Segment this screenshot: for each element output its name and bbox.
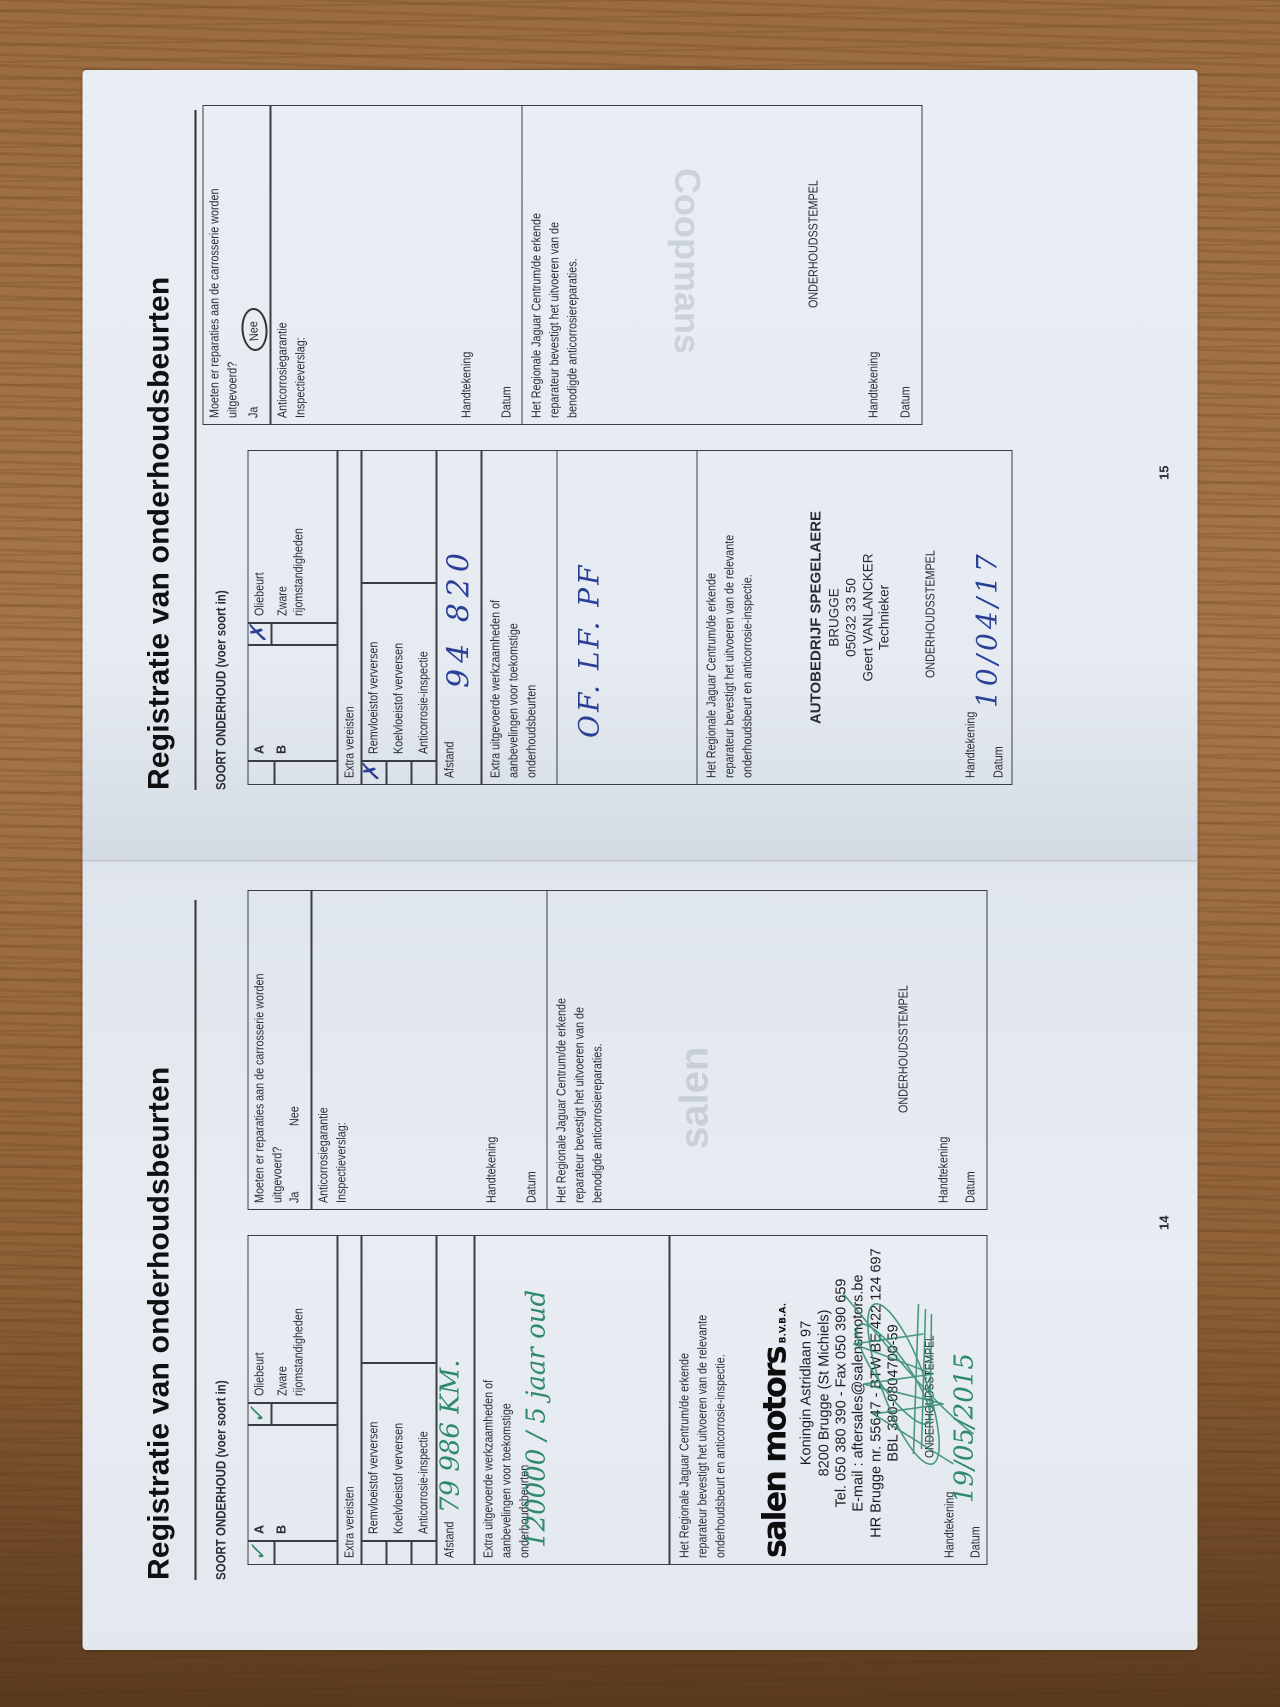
koelvloeistof-label: Koelvloeistof verversen: [391, 643, 408, 754]
anticorrosiegarantie-label: Anticorrosiegarantie: [275, 322, 293, 418]
page-number: 15: [1157, 466, 1172, 480]
zware-label-1: Zware: [276, 586, 292, 616]
zware-label-2: rijomstandigheden: [291, 528, 307, 616]
stamp-line: Technieker: [877, 451, 894, 784]
handtekening-label: Handtekening: [459, 352, 476, 418]
remvloeistof-checkbox[interactable]: ✗: [362, 764, 384, 782]
section-subtitle: SOORT ONDERHOUD (voer soort in): [213, 1380, 229, 1580]
datum-value[interactable]: 19/05/2015: [945, 1347, 986, 1509]
stamp-line: AUTOBEDRIJF SPEGELAERE: [808, 451, 827, 784]
type-b-label: B: [275, 745, 289, 754]
remvloeistof-row[interactable]: Remvloeistof verversen: [363, 1397, 386, 1540]
extra-werk-value[interactable]: 120000 / 5 jaar oud: [517, 1284, 558, 1554]
datum-value[interactable]: 10/04/17: [966, 544, 1010, 714]
oliebeurt-label: Oliebeurt: [252, 572, 269, 616]
anticorrosie-row[interactable]: Anticorrosie-inspectie: [413, 629, 436, 761]
extra-werk-label-1: Extra uitgevoerde werkzaamheden of: [487, 600, 505, 778]
carrosserie-question-1: Moeten er reparaties aan de carrosserie …: [252, 974, 270, 1203]
datum-label: Datum: [898, 386, 915, 418]
ja-option[interactable]: Ja: [287, 1192, 305, 1203]
zware-label-1: Zware: [276, 1366, 292, 1396]
stamp-line: BRUGGE: [826, 451, 843, 784]
handtekening-label: Handtekening: [484, 1137, 501, 1203]
service-confirm-box: Het Regionale Jaguar Centrum/de erkende …: [698, 450, 1013, 785]
repair-confirm-box: Het Regionale Jaguar Centrum/de erkende …: [523, 105, 923, 425]
handtekening-label: Handtekening: [936, 1137, 953, 1203]
bevestiging-repair-3: benodigde anticorrosiereparaties.: [589, 1043, 607, 1203]
service-entry-box: ✓ A B ✓ Oliebeurt Zware rijomstandighede…: [248, 1235, 988, 1565]
datum-label: Datum: [968, 1526, 985, 1558]
type-a-checkbox[interactable]: ✓: [249, 1544, 271, 1562]
subtitle-bold: SOORT ONDERHOUD: [213, 1461, 229, 1580]
carrosserie-question-2: uitgevoerd?: [224, 362, 242, 418]
dealer-stamp: AUTOBEDRIJF SPEGELAERE BRUGGE 050/32 33 …: [808, 451, 894, 784]
service-extra-box: OF. LF. PF: [558, 450, 698, 785]
extra-werk-label-2: aanbevelingen voor toekomstige: [505, 623, 523, 778]
anticorrosiegarantie-label: Anticorrosiegarantie: [316, 1107, 334, 1203]
page-15: Registratie van onderhoudsbeurten SOORT …: [83, 70, 1198, 860]
extra-werk-value[interactable]: OF. LF. PF: [568, 556, 612, 744]
carrosserie-question-2: uitgevoerd?: [269, 1147, 287, 1203]
oliebeurt-checkbox[interactable]: ✓: [248, 1406, 270, 1424]
extra-werk-label-2: aanbevelingen voor toekomstige: [498, 1403, 516, 1558]
afstand-value[interactable]: 79 986 KM.: [431, 1353, 472, 1519]
extra-werk-label-3: onderhoudsbeurten: [523, 685, 541, 778]
type-a-label: A: [253, 1525, 267, 1534]
remvloeistof-row[interactable]: Remvloeistof verversen: [363, 617, 386, 760]
dealer-logo: salen motorsB.V.B.A.: [754, 1228, 797, 1558]
datum-label: Datum: [963, 1171, 980, 1203]
bevestiging-repair-2: reparateur bevestigt het uitvoeren van d…: [571, 1007, 589, 1203]
service-entry-box: A B ✗ Oliebeurt Zware rijomstandigheden …: [248, 450, 558, 785]
anticorrosie-label: Anticorrosie-inspectie: [416, 651, 433, 754]
zware-label-2: rijomstandigheden: [291, 1308, 307, 1396]
bevestiging-service-3: onderhoudsbeurt en anticorrosie-inspecti…: [712, 1354, 730, 1558]
extra-vereisten-label: Extra vereisten: [342, 1486, 359, 1558]
type-a-label: A: [253, 745, 267, 754]
nee-option-circled[interactable]: Nee: [240, 308, 268, 353]
repair-confirm-box: Het Regionale Jaguar Centrum/de erkende …: [548, 890, 988, 1210]
bevestiging-repair-3: benodigde anticorrosiereparaties.: [564, 258, 582, 418]
stamp-line: 050/32 33 50: [843, 451, 860, 784]
stamp-line: Tel. 050 380 390 - Fax 050 390 659: [833, 1228, 850, 1558]
stamp-line: 8200 Brugge (St Michiels): [816, 1228, 833, 1558]
title-rule: [195, 110, 197, 790]
title-rule: [195, 900, 197, 1580]
inspectieverslag-label: Inspectieverslag:: [292, 337, 310, 418]
oliebeurt-checkbox[interactable]: ✗: [249, 625, 271, 643]
stempel-label: ONDERHOUDSSTEMPEL: [922, 1335, 938, 1458]
bevestiging-repair-2: reparateur bevestigt het uitvoeren van d…: [546, 222, 564, 418]
dealer-stamp: salen motorsB.V.B.A. Koningin Astridlaan…: [754, 1228, 904, 1558]
inspectieverslag-label: Inspectieverslag:: [333, 1122, 351, 1203]
datum-label: Datum: [499, 386, 516, 418]
page-number: 14: [1157, 1216, 1172, 1230]
bevestiging-repair-1: Het Regionale Jaguar Centrum/de erkende: [528, 213, 546, 418]
koelvloeistof-row[interactable]: Koelvloeistof verversen: [388, 1399, 411, 1540]
bevestiging-service-1: Het Regionale Jaguar Centrum/de erkende: [703, 573, 721, 778]
dealer-logo-suffix: B.V.B.A.: [779, 1303, 789, 1343]
handtekening-label: Handtekening: [963, 712, 980, 778]
stempel-label: ONDERHOUDSSTEMPEL: [806, 180, 823, 308]
oliebeurt-label: Oliebeurt: [252, 1352, 269, 1396]
bevestiging-service-3: onderhoudsbeurt en anticorrosie-inspecti…: [739, 574, 757, 778]
extra-vereisten-label: Extra vereisten: [342, 706, 359, 778]
afstand-label: Afstand: [442, 1522, 459, 1558]
handtekening-label: Handtekening: [866, 352, 883, 418]
faint-stamp: Coopmans: [663, 168, 712, 354]
section-subtitle: SOORT ONDERHOUD (voer soort in): [213, 590, 229, 790]
datum-label: Datum: [991, 746, 1008, 778]
bevestiging-service-2: reparateur bevestigt het uitvoeren van d…: [721, 535, 739, 778]
afstand-label: Afstand: [442, 742, 459, 778]
type-b-label: B: [275, 1525, 289, 1534]
stamp-line: Geert VANLANCKER: [860, 451, 877, 784]
stempel-label: ONDERHOUDSSTEMPEL: [896, 985, 913, 1113]
bevestiging-service-2: reparateur bevestigt het uitvoeren van d…: [694, 1315, 712, 1558]
stamp-line: HR Brugge nr. 55647 - BTW BE 422 124 697: [868, 1228, 885, 1558]
subtitle-bold: SOORT ONDERHOUD: [213, 671, 229, 790]
koelvloeistof-row[interactable]: Koelvloeistof verversen: [388, 619, 411, 760]
service-booklet: Registratie van onderhoudsbeurten SOORT …: [83, 70, 1198, 1650]
stamp-line: Koningin Astridlaan 97: [799, 1228, 816, 1558]
stamp-line: BBL 380-0804700-59: [886, 1228, 903, 1558]
page-14: Registratie van onderhoudsbeurten SOORT …: [83, 860, 1198, 1650]
bevestiging-service-1: Het Regionale Jaguar Centrum/de erkende: [676, 1353, 694, 1558]
bevestiging-repair-1: Het Regionale Jaguar Centrum/de erkende: [553, 998, 571, 1203]
remvloeistof-label: Remvloeistof verversen: [366, 1422, 383, 1534]
page-title: Registratie van onderhoudsbeurten: [143, 130, 177, 790]
subtitle-rest: (voer soort in): [213, 1380, 229, 1457]
carrosserie-question-1: Moeten er reparaties aan de carrosserie …: [207, 189, 225, 418]
repair-entry-box: Moeten er reparaties aan de carrosserie …: [248, 890, 548, 1210]
koelvloeistof-label: Koelvloeistof verversen: [391, 1423, 408, 1534]
faint-stamp-ghost: salen: [668, 1047, 722, 1149]
stempel-label: ONDERHOUDSSTEMPEL: [923, 550, 940, 678]
nee-label: Nee: [245, 321, 264, 342]
nee-option[interactable]: Nee: [287, 1107, 305, 1127]
extra-werk-label-1: Extra uitgevoerde werkzaamheden of: [480, 1380, 498, 1558]
stamp-line: E-mail : aftersales@salensmotors.be: [851, 1228, 868, 1558]
afstand-value[interactable]: 94 820: [437, 541, 484, 694]
datum-label: Datum: [524, 1171, 541, 1203]
subtitle-rest: (voer soort in): [213, 590, 229, 667]
remvloeistof-label: Remvloeistof verversen: [366, 642, 383, 754]
ja-option[interactable]: Ja: [246, 407, 264, 418]
page-title: Registratie van onderhoudsbeurten: [143, 920, 177, 1580]
repair-entry-box: Moeten er reparaties aan de carrosserie …: [203, 105, 523, 425]
